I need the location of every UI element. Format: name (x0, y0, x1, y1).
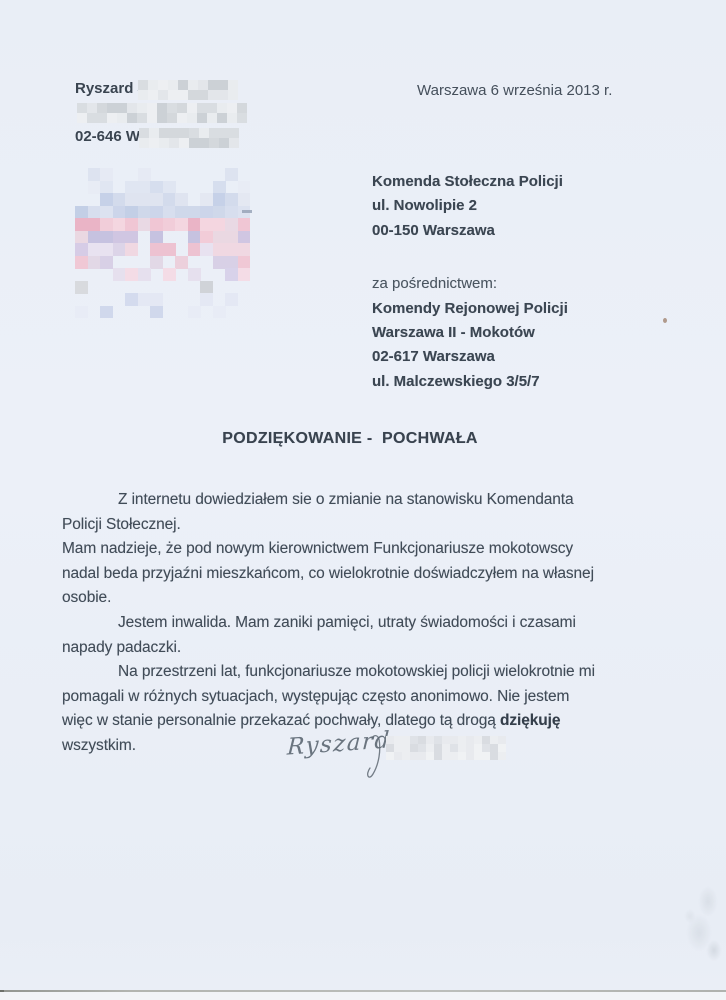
redaction-stamp (75, 168, 250, 318)
sender-name: Ryszard J (75, 79, 146, 99)
scanned-letter-page: Ryszard J 02-646 W Warszawa 6 września 2… (0, 0, 726, 1000)
body-line: Z internetu dowiedziałem sie o zmianie n… (62, 488, 672, 513)
redaction-signature-surname (386, 736, 506, 760)
emphasis-text: dziękuję (500, 712, 560, 729)
letter-title: PODZIĘKOWANIE - POCHWAŁA (0, 430, 713, 448)
address-line: ul. Malczewskiego 3/5/7 (372, 370, 568, 394)
body-line: nadal beda przyjaźni mieszkańcom, co wie… (62, 562, 672, 587)
body-text-run: Jestem inwalida. Mam zaniki pamięci, utr… (118, 614, 576, 631)
body-text-run: nadal beda przyjaźni mieszkańcom, co wie… (62, 565, 594, 582)
body-line: Na przestrzeni lat, funkcjonariusze moko… (62, 660, 672, 685)
paper-smudge (666, 872, 726, 970)
body-text-run: Mam nadzieje, że pod nowym kierownictwem… (62, 540, 573, 557)
body-line: Mam nadzieje, że pod nowym kierownictwem… (62, 537, 672, 562)
sender-postal-code: 02-646 W (75, 127, 140, 147)
address-line: 02-617 Warszawa (372, 345, 568, 369)
body-text-run: napady padaczki. (62, 639, 181, 656)
stamp-scan-artifact (242, 210, 252, 213)
via-label: za pośrednictwem: (372, 272, 568, 296)
recipient-org-lines: Komenda Stołeczna Policjiul. Nowolipie 2… (372, 170, 568, 243)
redaction-sender-street (77, 103, 247, 123)
body-text-run: Policji Stołecznej. (62, 516, 181, 533)
stray-dot (663, 318, 667, 323)
body-line: osobie. (62, 586, 672, 611)
redaction-sender-name (138, 80, 238, 100)
address-line: Warszawa II - Mokotów (372, 321, 568, 345)
body-line: Jestem inwalida. Mam zaniki pamięci, utr… (62, 611, 672, 636)
body-line: napady padaczki. (62, 636, 672, 661)
address-line: Komendy Rejonowej Policji (372, 297, 568, 321)
body-text-run: Na przestrzeni lat, funkcjonariusze moko… (118, 663, 595, 680)
scan-margin-strip (0, 992, 726, 1000)
address-line: Komenda Stołeczna Policji (372, 170, 568, 194)
body-line: pomagali w różnych sytuacjach, występują… (62, 685, 672, 710)
body-line: Policji Stołecznej. (62, 513, 672, 538)
redaction-sender-city (139, 128, 239, 148)
signature-flourish (366, 734, 386, 788)
recipient-via-lines: Komendy Rejonowej PolicjiWarszawa II - M… (372, 297, 568, 395)
body-text-run: pomagali w różnych sytuacjach, występują… (62, 688, 569, 705)
address-line: ul. Nowolipie 2 (372, 194, 568, 218)
letter-body: Z internetu dowiedziałem sie o zmianie n… (62, 488, 672, 759)
body-text-run: Z internetu dowiedziałem sie o zmianie n… (118, 491, 574, 508)
body-text-run: więc w stanie personalnie przekazać poch… (62, 712, 500, 729)
recipient-block: Komenda Stołeczna Policjiul. Nowolipie 2… (372, 170, 568, 394)
body-text-run: wszystkim. (62, 737, 136, 754)
address-line: 00-150 Warszawa (372, 219, 568, 243)
body-text-run: osobie. (62, 589, 111, 606)
letter-date: Warszawa 6 września 2013 r. (417, 81, 612, 101)
